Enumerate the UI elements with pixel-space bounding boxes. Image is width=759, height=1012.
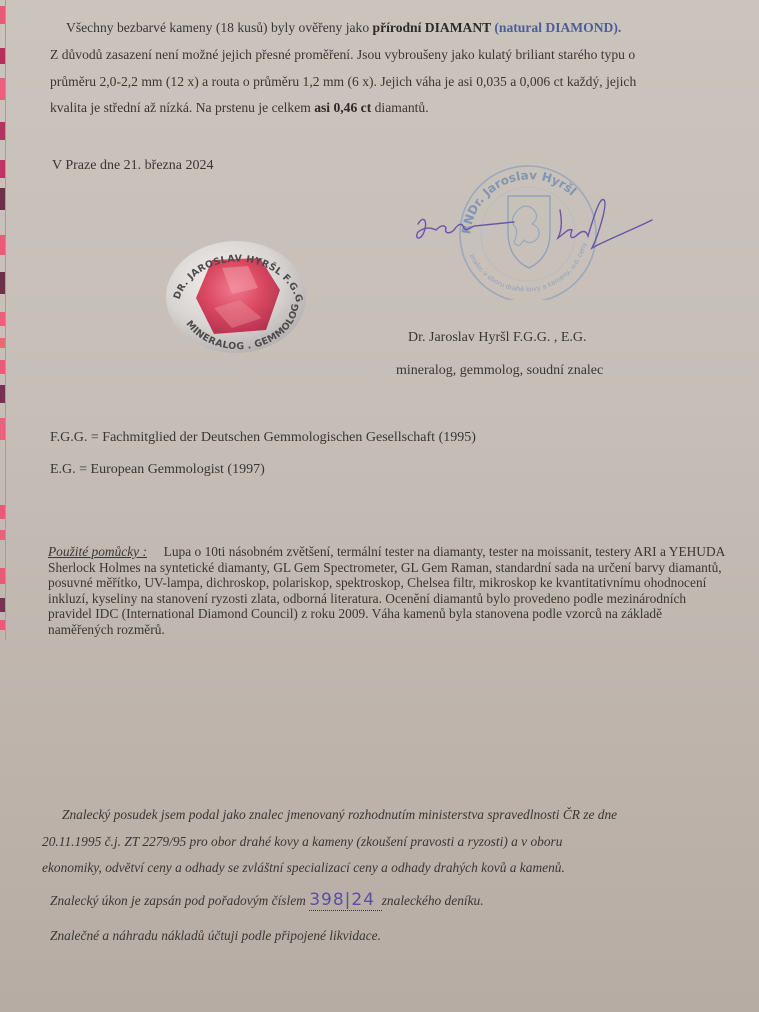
abbreviation-eg: E.G. = European Gemmologist (1997) <box>50 461 265 479</box>
hologram-sticker: DR. JAROSLAV HYRŠL F.G.G., E.G. MINERALO… <box>162 238 310 356</box>
natural-diamant-bold: přírodní DIAMANT <box>373 20 491 35</box>
fee-line: Znalečné a náhradu nákladů účtuji podle … <box>50 927 381 945</box>
tools-label: Použité pomůcky : <box>48 544 147 559</box>
abbreviation-fgg: F.G.G. = Fachmitglied der Deutschen Gemm… <box>50 429 476 447</box>
record-number-line: Znalecký úkon je zapsán pod pořadovým čí… <box>50 891 484 911</box>
signer-title: mineralog, gemmolog, soudní znalec <box>396 362 603 380</box>
total-carat-bold: asi 0,46 ct <box>314 100 371 115</box>
stamp-and-signature: RNDr. Jaroslav Hyršl znalec v oboru drah… <box>410 160 680 300</box>
intro-text: diamantů. <box>371 100 428 115</box>
intro-text: Všechny bezbarvé kameny (18 kusů) byly o… <box>66 20 373 35</box>
intro-line-2: Z důvodů zasazení není možné jejich přes… <box>50 46 635 64</box>
record-text: Znalecký úkon je zapsán pod pořadovým čí… <box>50 893 309 908</box>
page-edge-marks <box>0 0 7 1012</box>
handwritten-record-number: 398|24 <box>309 890 375 910</box>
intro-line-4: kvalita je střední až nízká. Na prstenu … <box>50 99 429 117</box>
place-date: V Praze dne 21. března 2024 <box>52 157 213 175</box>
expert-clause-line-1: Znalecký posudek jsem podal jako znalec … <box>62 806 617 824</box>
intro-text: kvalita je střední až nízká. Na prstenu … <box>50 100 314 115</box>
record-text: znaleckého deníku. <box>382 893 484 908</box>
hologram-seal-icon: DR. JAROSLAV HYRŠL F.G.G., E.G. MINERALO… <box>162 238 310 356</box>
expert-clause-line-3: ekonomiky, odvětví ceny a odhady se zvlá… <box>42 859 565 877</box>
signer-name: Dr. Jaroslav Hyršl F.G.G. , E.G. <box>408 329 587 347</box>
natural-diamond-english: (natural DIAMOND). <box>491 20 621 35</box>
expert-clause-line-2: 20.11.1995 č.j. ZT 2279/95 pro obor drah… <box>42 833 562 851</box>
intro-line-3: průměru 2,0-2,2 mm (12 x) a routa o prům… <box>50 73 636 91</box>
intro-line-1: Všechny bezbarvé kameny (18 kusů) byly o… <box>66 19 621 37</box>
tools-text: Lupa o 10ti násobném zvětšení, termální … <box>48 544 725 637</box>
tools-paragraph: Použité pomůcky : Lupa o 10ti násobném z… <box>48 544 728 638</box>
round-stamp-icon: RNDr. Jaroslav Hyršl znalec v oboru drah… <box>410 160 680 300</box>
